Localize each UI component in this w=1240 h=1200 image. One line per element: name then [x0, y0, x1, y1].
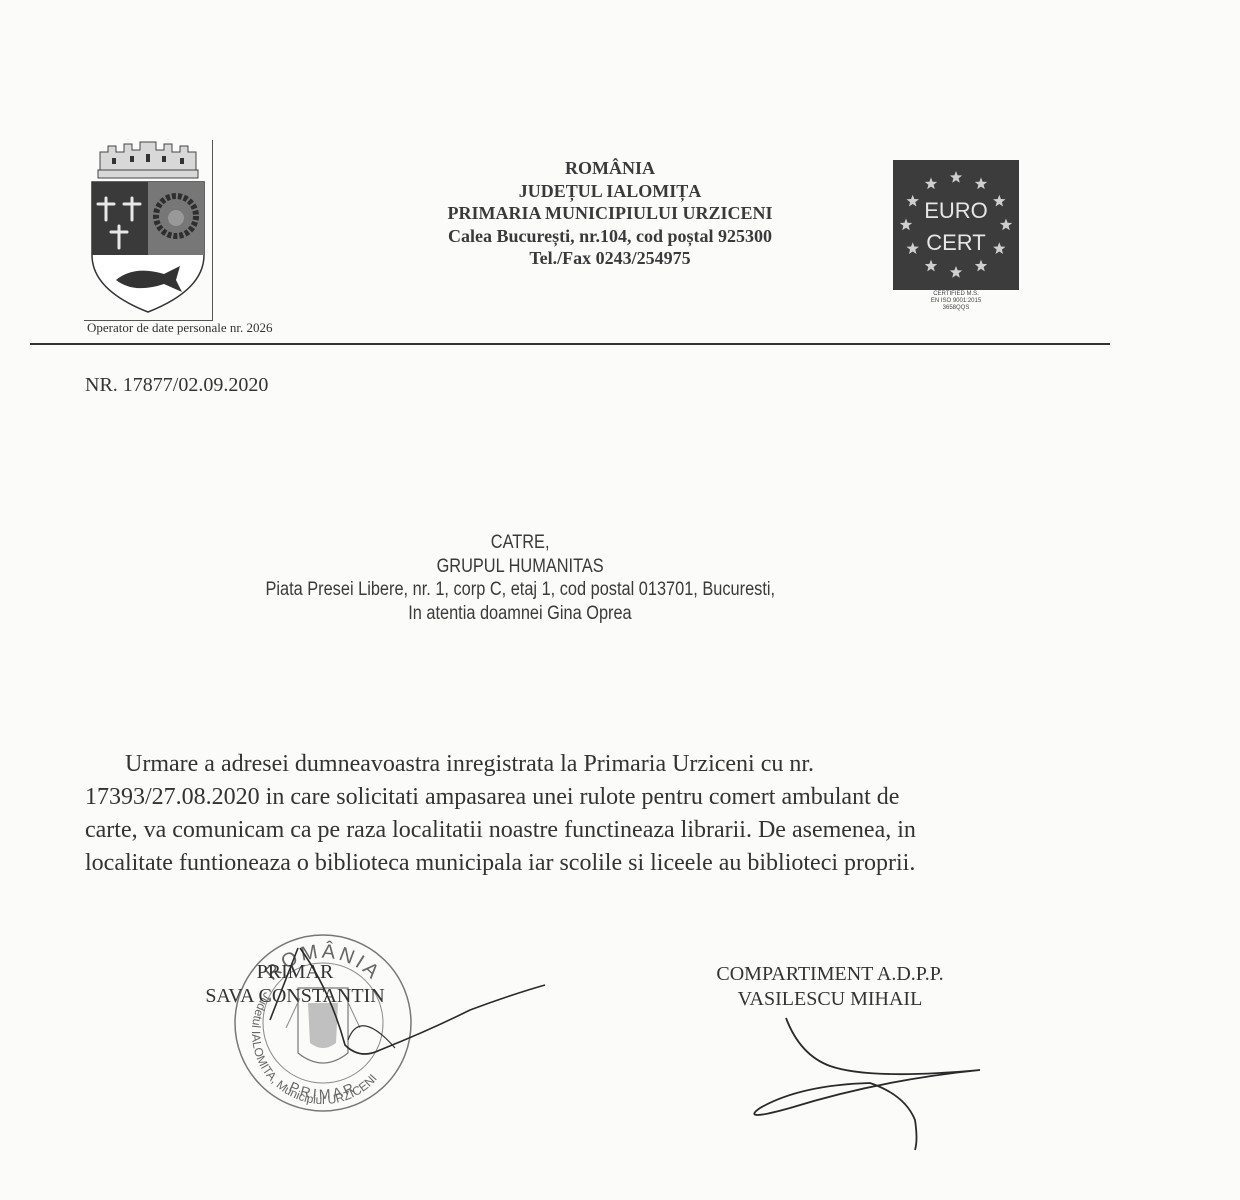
- addressee-block: CATRE, GRUPUL HUMANITAS Piata Presei Lib…: [140, 531, 900, 625]
- body-line: Urmare a adresei dumneavoastra inregistr…: [85, 748, 1145, 781]
- mayor-name: SAVA CONSTANTIN: [170, 984, 420, 1008]
- addressee-attention: In atentia doamnei Gina Oprea: [408, 602, 631, 626]
- body-line: localitate funtioneaza o biblioteca muni…: [85, 847, 1145, 880]
- mayor-signature-block: PRIMAR SAVA CONSTANTIN: [170, 960, 420, 1008]
- letterhead-address: Calea București, nr.104, cod poștal 9253…: [370, 225, 850, 248]
- addressee-salutation: CATRE,: [491, 531, 550, 555]
- department-signature-block: COMPARTIMENT A.D.P.P. VASILESCU MIHAIL: [680, 962, 980, 1012]
- department-signer-name: VASILESCU MIHAIL: [680, 987, 980, 1012]
- stamp-icon: ROMÂNIA Judetul IALOMITA, Municipiul URZ…: [228, 928, 418, 1118]
- mayor-title: PRIMAR: [170, 960, 420, 984]
- letterhead-county: JUDEȚUL IALOMIȚA: [370, 180, 850, 203]
- cert-caption-line: EN ISO 9001:2015: [893, 298, 1019, 305]
- coat-of-arms-icon: [84, 140, 212, 320]
- letterhead-country: ROMÂNIA: [370, 157, 850, 180]
- cert-caption-line: CERTIFIED M.S.: [893, 291, 1019, 298]
- letterhead-phone: Tel./Fax 0243/254975: [370, 247, 850, 270]
- letter-body: Urmare a adresei dumneavoastra inregistr…: [85, 748, 1145, 880]
- header-divider: [30, 343, 1110, 345]
- star-ring-icon: EURO CERT: [893, 160, 1019, 290]
- coat-of-arms-frame: [84, 140, 213, 321]
- body-line: 17393/27.08.2020 in care solicitati ampa…: [85, 781, 1145, 814]
- letterhead-institution: PRIMARIA MUNICIPIULUI URZICENI: [370, 202, 850, 225]
- official-stamp: ROMÂNIA Judetul IALOMITA, Municipiul URZ…: [228, 928, 418, 1118]
- addressee-address: Piata Presei Libere, nr. 1, corp C, etaj…: [265, 578, 775, 602]
- body-line: carte, va comunicam ca pe raza localitat…: [85, 814, 1145, 847]
- eurocert-line1: EURO: [924, 198, 988, 223]
- addressee-organization: GRUPUL HUMANITAS: [436, 555, 603, 579]
- registration-number: NR. 17877/02.09.2020: [85, 374, 268, 397]
- eurocert-line2: CERT: [926, 230, 986, 255]
- eurocert-logo: EURO CERT: [893, 160, 1019, 290]
- letterhead-title-block: ROMÂNIA JUDEȚUL IALOMIȚA PRIMARIA MUNICI…: [370, 157, 850, 270]
- department-signature-stroke: [754, 1018, 980, 1150]
- data-operator-note: Operator de date personale nr. 2026: [87, 320, 273, 336]
- department-title: COMPARTIMENT A.D.P.P.: [680, 962, 980, 987]
- certification-caption: CERTIFIED M.S. EN ISO 9001:2015 3658QQS: [893, 291, 1019, 312]
- cert-caption-line: 3658QQS: [893, 305, 1019, 312]
